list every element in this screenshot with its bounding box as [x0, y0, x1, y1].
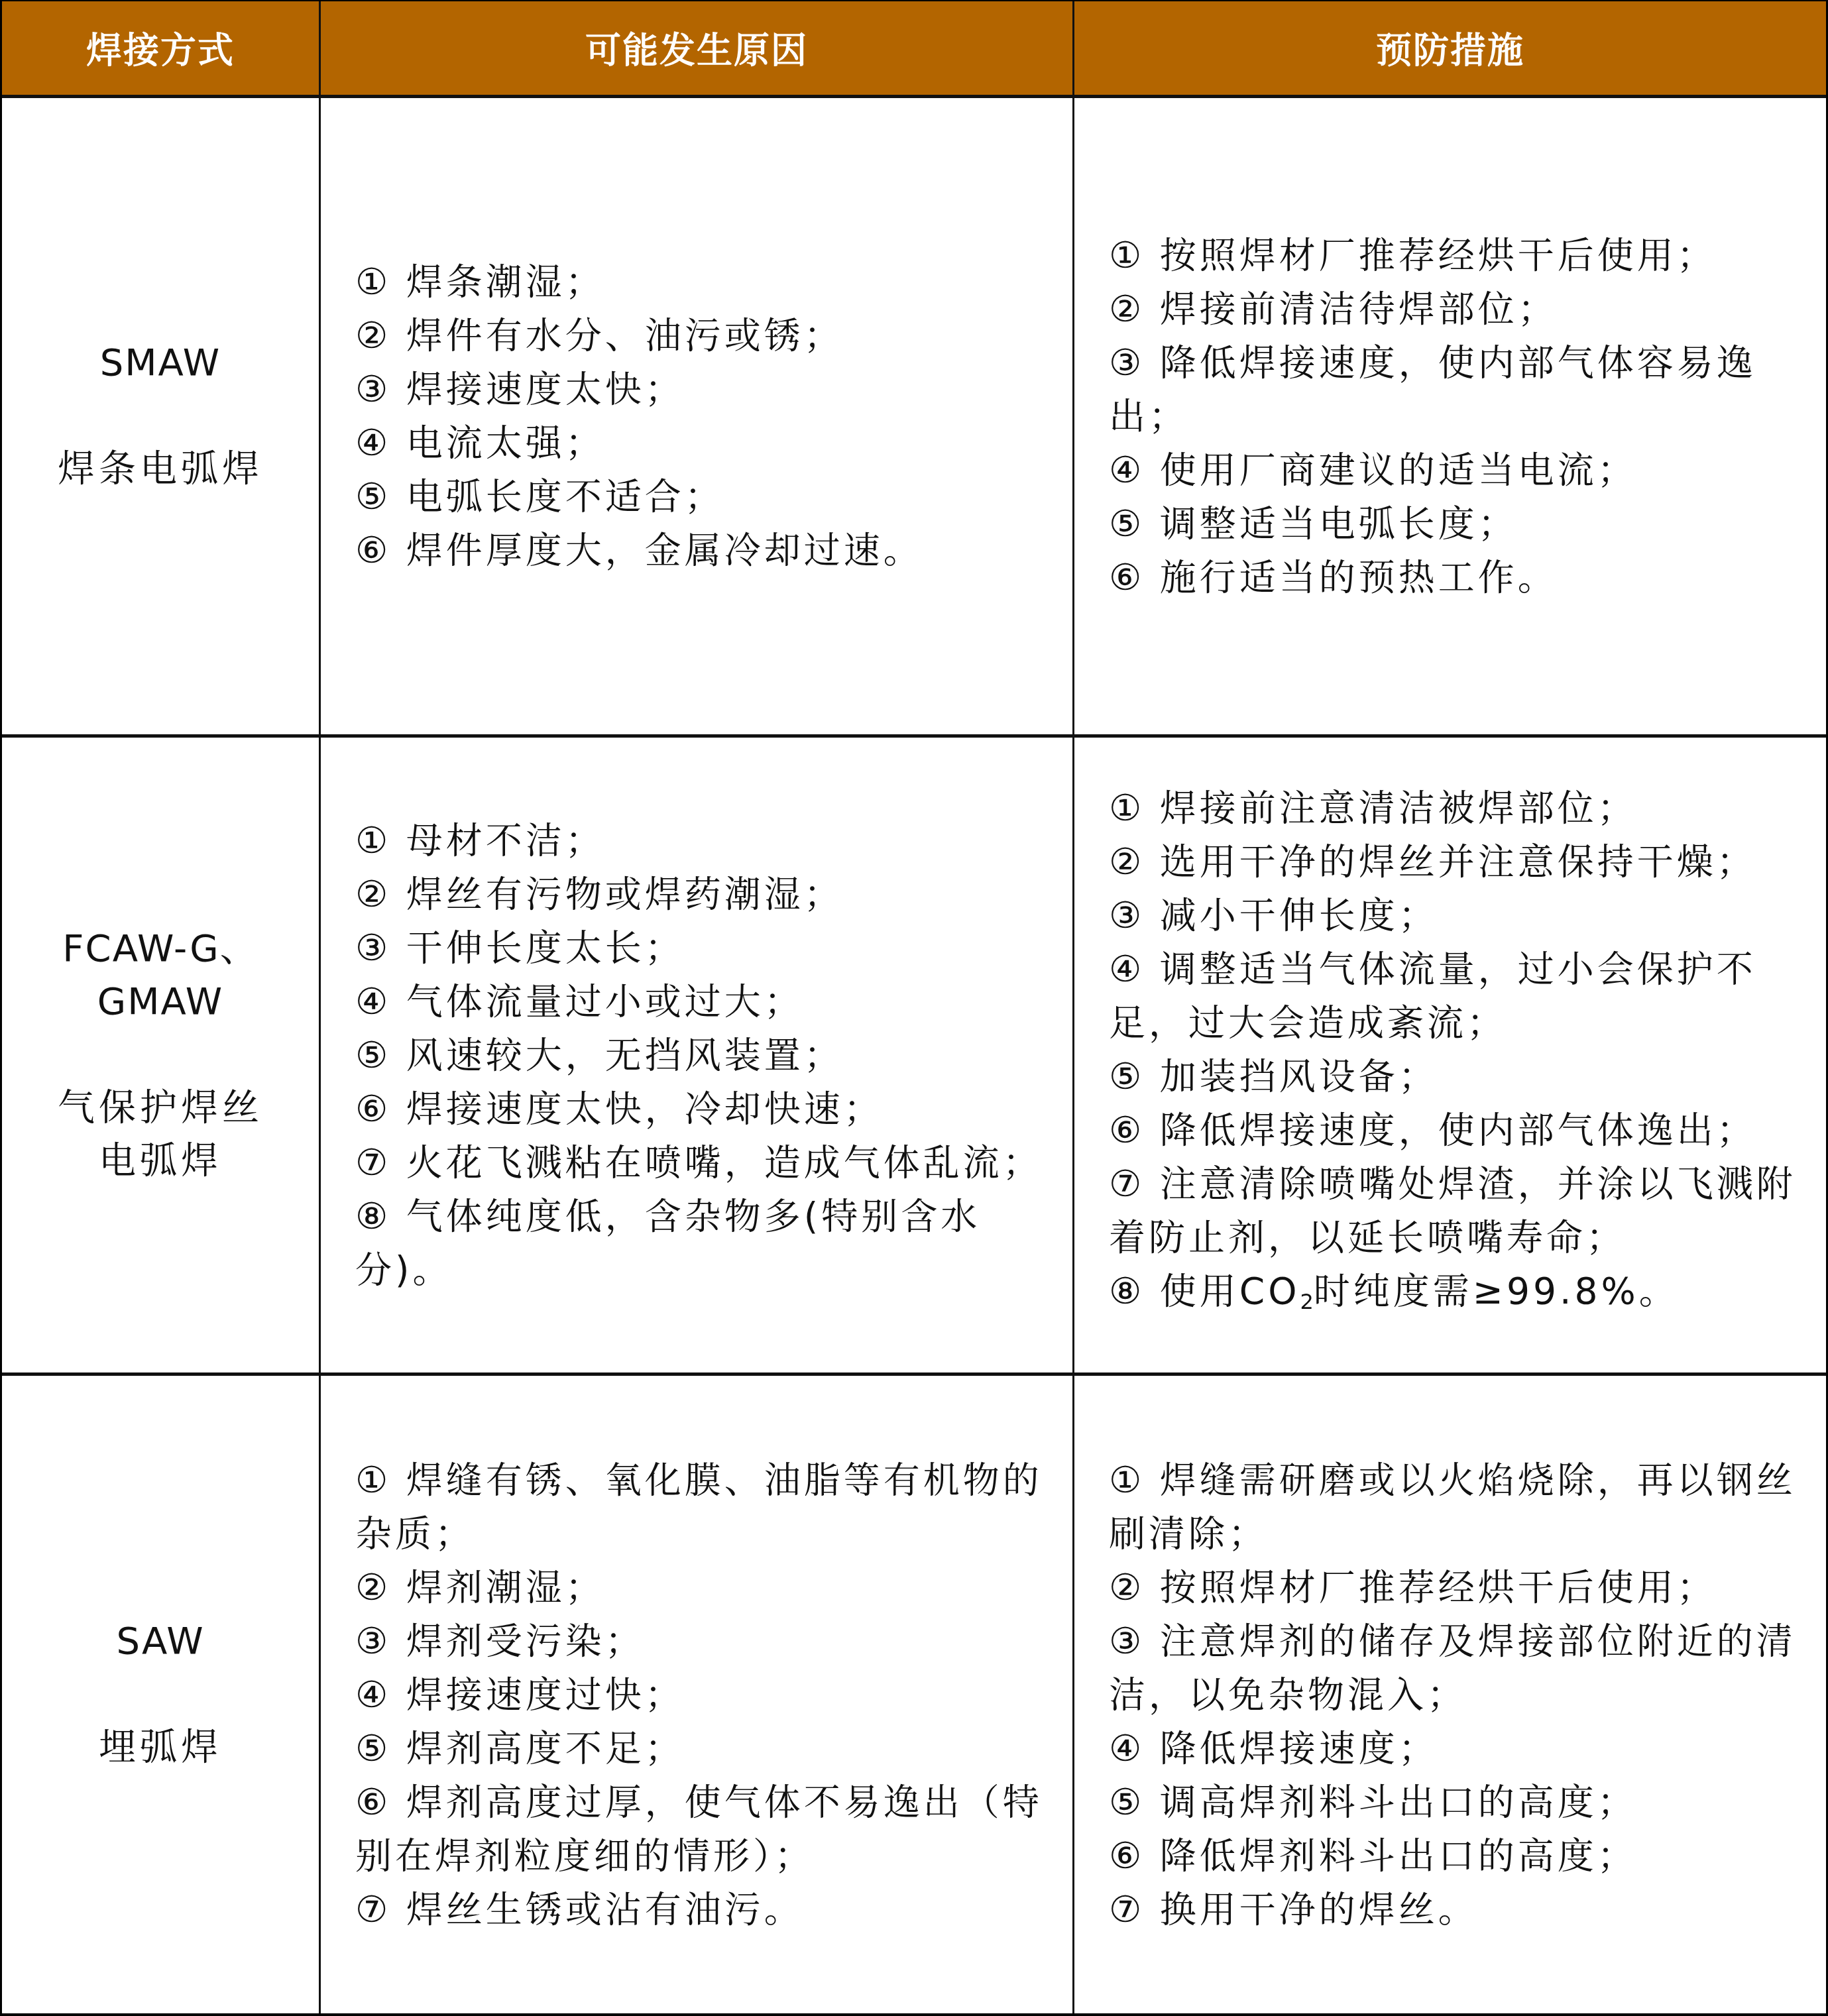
cause-item: ③ 干伸长度太长；	[355, 921, 1046, 975]
prevention-item: ⑤ 调整适当电弧长度；	[1109, 497, 1799, 551]
causes-cell: ① 母材不洁； ② 焊丝有污物或焊药潮湿； ③ 干伸长度太长； ④ 气体流量过小…	[321, 738, 1074, 1372]
prevention-cell: ① 按照焊材厂推荐经烘干后使用； ② 焊接前清洁待焊部位； ③ 降低焊接速度，使…	[1074, 98, 1826, 734]
prevention-item: ④ 调整适当气体流量，过小会保护不足，过大会造成紊流；	[1109, 942, 1799, 1050]
cause-item: ⑤ 电弧长度不适合；	[355, 470, 1046, 524]
co2-prefix: ⑧ 使用CO	[1109, 1270, 1300, 1312]
cause-item: ④ 电流太强；	[355, 416, 1046, 470]
cause-item: ⑥ 焊剂高度过厚，使气体不易逸出（特别在焊剂粒度细的情形）；	[355, 1775, 1046, 1883]
prevention-item: ④ 使用厂商建议的适当电流；	[1109, 443, 1799, 497]
welding-porosity-table: 焊接方式 可能发生原因 预防措施 SMAW 焊条电弧焊 ① 焊条潮湿； ② 焊件…	[0, 0, 1828, 2016]
header-welding-method: 焊接方式	[2, 1, 321, 95]
cause-item: ⑤ 焊剂高度不足；	[355, 1722, 1046, 1775]
table-header: 焊接方式 可能发生原因 预防措施	[2, 1, 1826, 98]
cause-item: ⑥ 焊件厚度大，金属冷却过速。	[355, 524, 1046, 577]
header-possible-causes: 可能发生原因	[321, 1, 1074, 95]
co2-suffix: 时纯度需≥99.8%。	[1314, 1270, 1679, 1312]
causes-cell: ① 焊缝有锈、氧化膜、油脂等有机物的杂质； ② 焊剂潮湿； ③ 焊剂受污染； ④…	[321, 1376, 1074, 2013]
cause-item: ⑦ 焊丝生锈或沾有油污。	[355, 1883, 1046, 1936]
cause-item: ⑧ 气体纯度低，含杂物多(特别含水分)。	[355, 1190, 1046, 1297]
method-code: SMAW	[100, 337, 221, 390]
cause-item: ④ 焊接速度过快；	[355, 1668, 1046, 1722]
prevention-item-co2: ⑧ 使用CO2时纯度需≥99.8%。	[1109, 1264, 1799, 1329]
method-cell: FCAW-G、GMAW 气保护焊丝电弧焊	[2, 738, 321, 1372]
prevention-item: ③ 注意焊剂的储存及焊接部位附近的清洁，以免杂物混入；	[1109, 1614, 1799, 1722]
prevention-cell: ① 焊接前注意清洁被焊部位； ② 选用干净的焊丝并注意保持干燥； ③ 减小干伸长…	[1074, 738, 1826, 1372]
causes-cell: ① 焊条潮湿； ② 焊件有水分、油污或锈； ③ 焊接速度太快； ④ 电流太强； …	[321, 98, 1074, 734]
prevention-item: ③ 减小干伸长度；	[1109, 889, 1799, 942]
prevention-item: ⑥ 降低焊接速度，使内部气体逸出；	[1109, 1103, 1799, 1157]
cause-item: ⑤ 风速较大，无挡风装置；	[355, 1029, 1046, 1082]
table-row-smaw: SMAW 焊条电弧焊 ① 焊条潮湿； ② 焊件有水分、油污或锈； ③ 焊接速度太…	[2, 98, 1826, 738]
cause-item: ③ 焊剂受污染；	[355, 1614, 1046, 1668]
prevention-item: ⑤ 加装挡风设备；	[1109, 1050, 1799, 1103]
prevention-item: ⑤ 调高焊剂料斗出口的高度；	[1109, 1775, 1799, 1829]
prevention-item: ⑥ 降低焊剂料斗出口的高度；	[1109, 1829, 1799, 1883]
cause-item: ⑦ 火花飞溅粘在喷嘴，造成气体乱流；	[355, 1136, 1046, 1190]
prevention-item: ② 按照焊材厂推荐经烘干后使用；	[1109, 1561, 1799, 1614]
method-cell: SMAW 焊条电弧焊	[2, 98, 321, 734]
prevention-item: ③ 降低焊接速度，使内部气体容易逸出；	[1109, 336, 1799, 443]
method-code: SAW	[116, 1615, 204, 1668]
method-cell: SAW 埋弧焊	[2, 1376, 321, 2013]
cause-item: ① 母材不洁；	[355, 814, 1046, 868]
prevention-item: ⑦ 注意清除喷嘴处焊渣，并涂以飞溅附着防止剂，以延长喷嘴寿命；	[1109, 1157, 1799, 1264]
prevention-item: ② 选用干净的焊丝并注意保持干燥；	[1109, 835, 1799, 889]
cause-item: ⑥ 焊接速度太快，冷却快速；	[355, 1082, 1046, 1136]
prevention-item: ⑦ 换用干净的焊丝。	[1109, 1883, 1799, 1936]
prevention-item: ② 焊接前清洁待焊部位；	[1109, 282, 1799, 336]
prevention-item: ⑥ 施行适当的预热工作。	[1109, 551, 1799, 604]
table-row-fcaw-gmaw: FCAW-G、GMAW 气保护焊丝电弧焊 ① 母材不洁； ② 焊丝有污物或焊药潮…	[2, 738, 1826, 1376]
cause-item: ④ 气体流量过小或过大；	[355, 975, 1046, 1029]
method-name: 气保护焊丝电弧焊	[54, 1082, 266, 1188]
method-name: 焊条电弧焊	[58, 443, 263, 496]
prevention-item: ④ 降低焊接速度；	[1109, 1722, 1799, 1775]
cause-item: ② 焊剂潮湿；	[355, 1561, 1046, 1614]
prevention-item: ① 焊接前注意清洁被焊部位；	[1109, 781, 1799, 835]
co2-subscript: 2	[1300, 1289, 1313, 1314]
prevention-item: ① 焊缝需研磨或以火焰烧除，再以钢丝刷清除；	[1109, 1453, 1799, 1561]
header-prevention: 预防措施	[1074, 1, 1826, 95]
prevention-item: ① 按照焊材厂推荐经烘干后使用；	[1109, 229, 1799, 282]
table-row-saw: SAW 埋弧焊 ① 焊缝有锈、氧化膜、油脂等有机物的杂质； ② 焊剂潮湿； ③ …	[2, 1376, 1826, 2013]
cause-item: ① 焊缝有锈、氧化膜、油脂等有机物的杂质；	[355, 1453, 1046, 1561]
cause-item: ② 焊件有水分、油污或锈；	[355, 309, 1046, 363]
cause-item: ③ 焊接速度太快；	[355, 363, 1046, 416]
cause-item: ② 焊丝有污物或焊药潮湿；	[355, 868, 1046, 921]
method-name: 埋弧焊	[99, 1721, 222, 1774]
method-code: FCAW-G、GMAW	[61, 923, 260, 1029]
prevention-cell: ① 焊缝需研磨或以火焰烧除，再以钢丝刷清除； ② 按照焊材厂推荐经烘干后使用； …	[1074, 1376, 1826, 2013]
cause-item: ① 焊条潮湿；	[355, 255, 1046, 309]
